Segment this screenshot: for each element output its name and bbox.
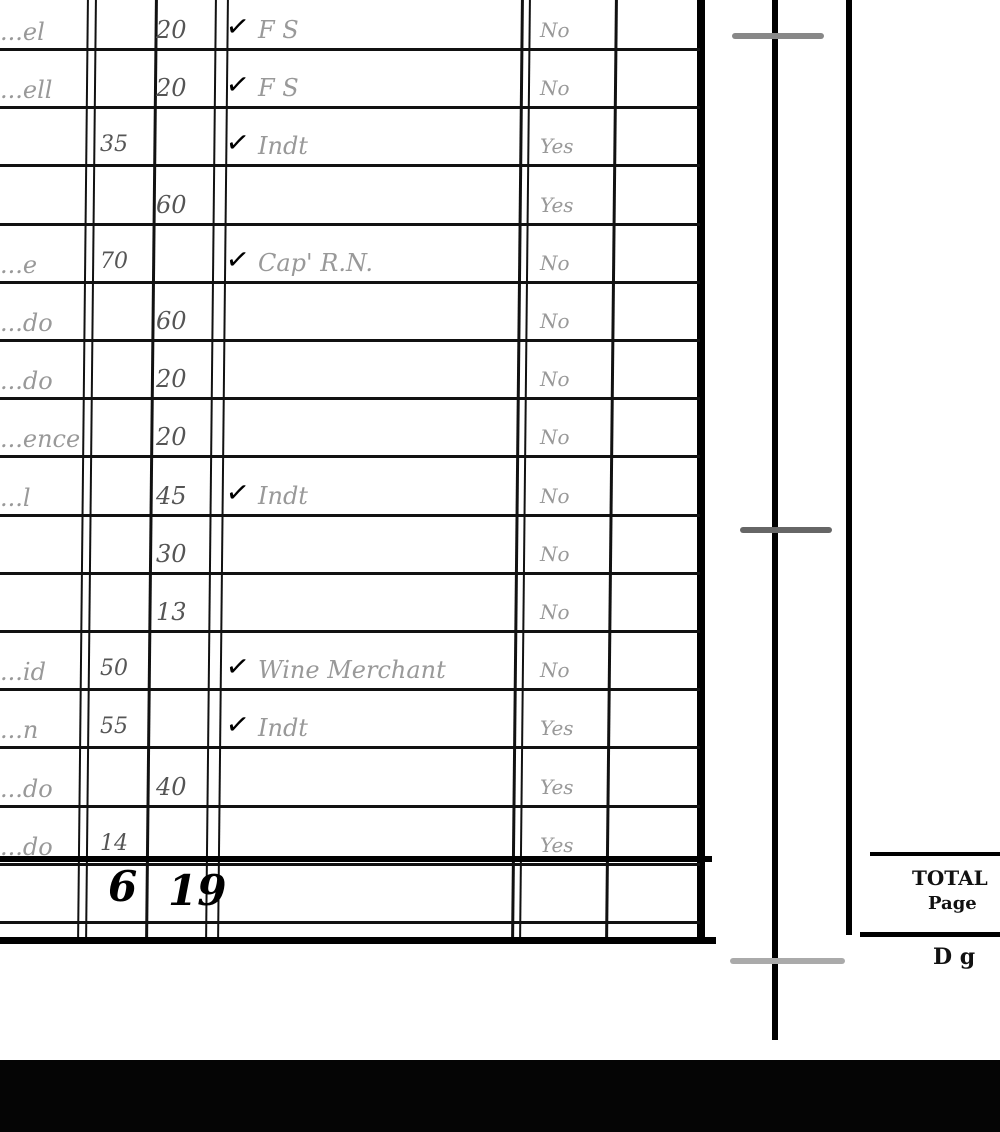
age-male-cell: 70 — [100, 249, 128, 274]
occupation-cell: Indt — [258, 482, 308, 510]
row-rule — [0, 106, 700, 109]
born-in-county-cell: No — [540, 484, 570, 508]
age-female-cell: 40 — [156, 773, 187, 801]
occupation-cell: Wine Merchant — [258, 656, 446, 684]
row-rule — [0, 630, 700, 633]
born-in-county-cell: Yes — [540, 833, 574, 857]
row-rule — [0, 164, 700, 167]
row-rule — [0, 863, 700, 866]
row-rule — [0, 572, 700, 575]
ledger-page: ...el20✓F SNo...ell20✓F SNo35✓IndtYes60Y… — [0, 0, 790, 1060]
age-male-cell: 35 — [100, 132, 128, 157]
name-cell: ...do — [0, 309, 53, 337]
age-female-cell: 13 — [156, 598, 187, 626]
born-in-county-cell: No — [540, 600, 570, 624]
totals-rule — [0, 856, 712, 862]
name-cell: ...do — [0, 367, 53, 395]
facing-page: TOTAL Page D g — [790, 0, 1000, 1050]
name-cell: ...id — [0, 658, 46, 686]
row-rule — [0, 514, 700, 517]
checkmark-icon: ✓ — [224, 125, 252, 161]
born-in-county-cell: Yes — [540, 775, 574, 799]
born-in-county-cell: No — [540, 76, 570, 100]
checkmark-icon: ✓ — [224, 707, 252, 743]
row-rule — [0, 746, 700, 749]
born-in-county-cell: No — [540, 658, 570, 682]
row-rule — [0, 223, 700, 226]
occupation-cell: F S — [258, 74, 299, 102]
age-female-cell: 45 — [156, 482, 187, 510]
binding-line — [772, 0, 778, 1040]
column-divider — [205, 0, 217, 940]
born-in-county-cell: Yes — [540, 193, 574, 217]
row-rule — [0, 688, 700, 691]
age-female-cell: 30 — [156, 540, 187, 568]
name-cell: ...do — [0, 833, 53, 861]
name-cell: ...ence — [0, 425, 80, 453]
name-cell: ...el — [0, 18, 45, 46]
footer-label: D g — [933, 944, 975, 970]
row-rule — [0, 455, 700, 458]
row-rule — [0, 921, 700, 924]
row-rule — [0, 281, 700, 284]
age-female-cell: 20 — [156, 365, 187, 393]
age-female-cell: 20 — [156, 16, 187, 44]
column-divider — [605, 0, 618, 940]
total-males: 6 — [108, 862, 137, 911]
occupation-cell: Cap' R.N. — [258, 249, 373, 277]
page-label: Page — [928, 893, 977, 914]
born-in-county-cell: No — [540, 251, 570, 275]
occupation-cell: Indt — [258, 714, 308, 742]
name-cell: ...e — [0, 251, 37, 279]
age-male-cell: 14 — [100, 831, 128, 856]
name-cell: ...ell — [0, 76, 52, 104]
facing-page-border — [846, 0, 852, 935]
staple-middle — [740, 527, 832, 533]
name-cell: ...n — [0, 716, 38, 744]
age-male-cell: 55 — [100, 714, 128, 739]
total-label: TOTAL — [912, 866, 988, 890]
age-female-cell: 20 — [156, 423, 187, 451]
born-in-county-cell: No — [540, 542, 570, 566]
checkmark-icon: ✓ — [224, 241, 252, 277]
total-box-top — [870, 852, 1000, 856]
born-in-county-cell: No — [540, 367, 570, 391]
occupation-cell: F S — [258, 16, 299, 44]
born-in-county-cell: Yes — [540, 134, 574, 158]
checkmark-icon: ✓ — [224, 67, 252, 103]
name-cell: ...l — [0, 484, 31, 512]
staple-bottom — [730, 958, 845, 964]
name-cell: ...do — [0, 775, 53, 803]
row-rule — [0, 397, 700, 400]
checkmark-icon: ✓ — [224, 9, 252, 45]
table-bottom-border — [0, 937, 716, 944]
scan-background — [0, 1060, 1000, 1132]
age-male-cell: 50 — [100, 656, 128, 681]
born-in-county-cell: No — [540, 425, 570, 449]
table-right-border — [697, 0, 705, 942]
checkmark-icon: ✓ — [224, 474, 252, 510]
staple-top — [732, 33, 824, 39]
age-female-cell: 60 — [156, 191, 187, 219]
born-in-county-cell: No — [540, 309, 570, 333]
row-rule — [0, 48, 700, 51]
checkmark-icon: ✓ — [224, 649, 252, 685]
total-box-bottom — [860, 932, 1000, 937]
born-in-county-cell: Yes — [540, 716, 574, 740]
total-females: 19 — [168, 866, 226, 915]
age-female-cell: 20 — [156, 74, 187, 102]
row-rule — [0, 805, 700, 808]
age-female-cell: 60 — [156, 307, 187, 335]
occupation-cell: Indt — [258, 132, 308, 160]
row-rule — [0, 339, 700, 342]
born-in-county-cell: No — [540, 18, 570, 42]
